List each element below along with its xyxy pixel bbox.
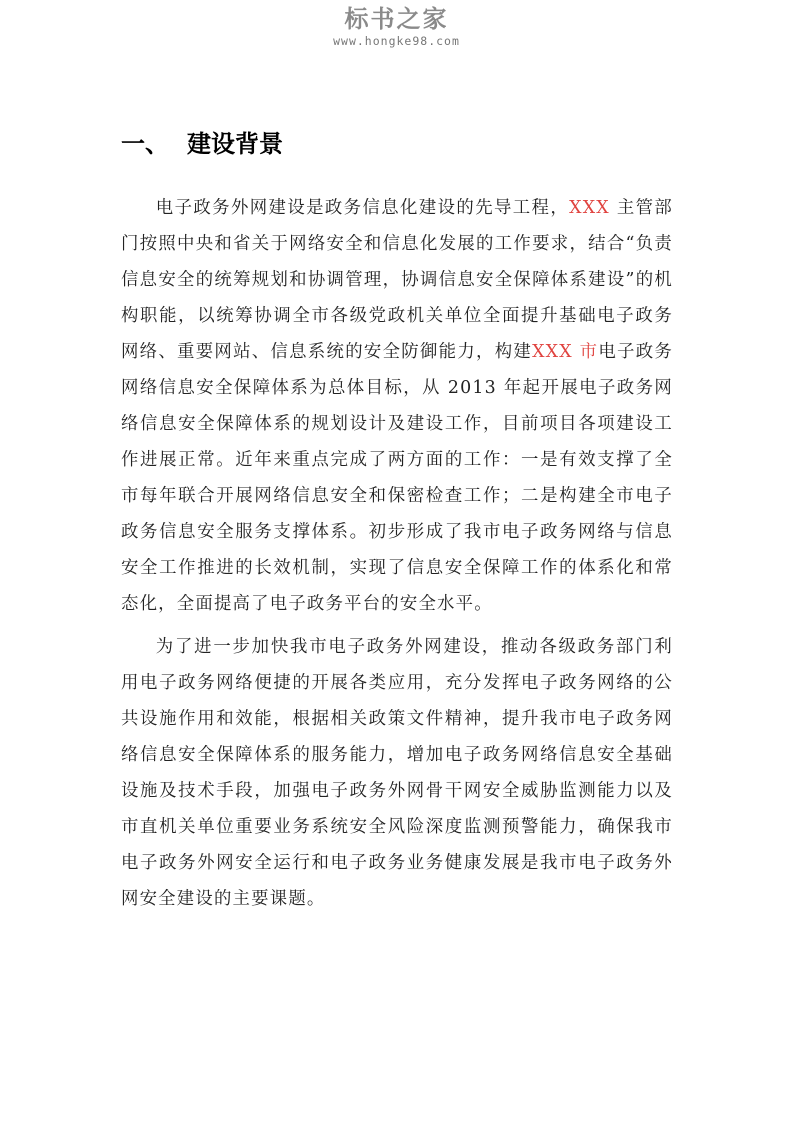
placeholder-highlight: XXX (569, 198, 610, 218)
paragraph-text: 主管部门按照中央和省关于网络安全和信息化发展的工作要求，结合“负责信息安全的统筹… (121, 198, 673, 362)
document-body: 一、建设背景 电子政务外网建设是政务信息化建设的先导工程，XXX 主管部门按照中… (121, 126, 673, 924)
logo-text: 标书之家 (0, 4, 793, 34)
section-number: 一、 (121, 130, 169, 158)
section-heading: 一、建设背景 (121, 126, 673, 162)
paragraph-text: 电子政务网络信息安全保障体系为总体目标，从 2013 年起开展电子政务网络信息安… (121, 342, 673, 614)
paragraph-text: 电子政务外网建设是政务信息化建设的先导工程， (156, 198, 569, 218)
placeholder-highlight: XXX 市 (532, 342, 598, 362)
section-title: 建设背景 (187, 130, 283, 158)
paragraph-1: 电子政务外网建设是政务信息化建设的先导工程，XXX 主管部门按照中央和省关于网络… (121, 190, 673, 622)
site-url: www.hongke98.com (0, 34, 793, 48)
paragraph-2: 为了进一步加快我市电子政务外网建设，推动各级政务部门利用电子政务网络便捷的开展各… (121, 629, 673, 917)
page-header: 标书之家 www.hongke98.com (0, 4, 793, 48)
